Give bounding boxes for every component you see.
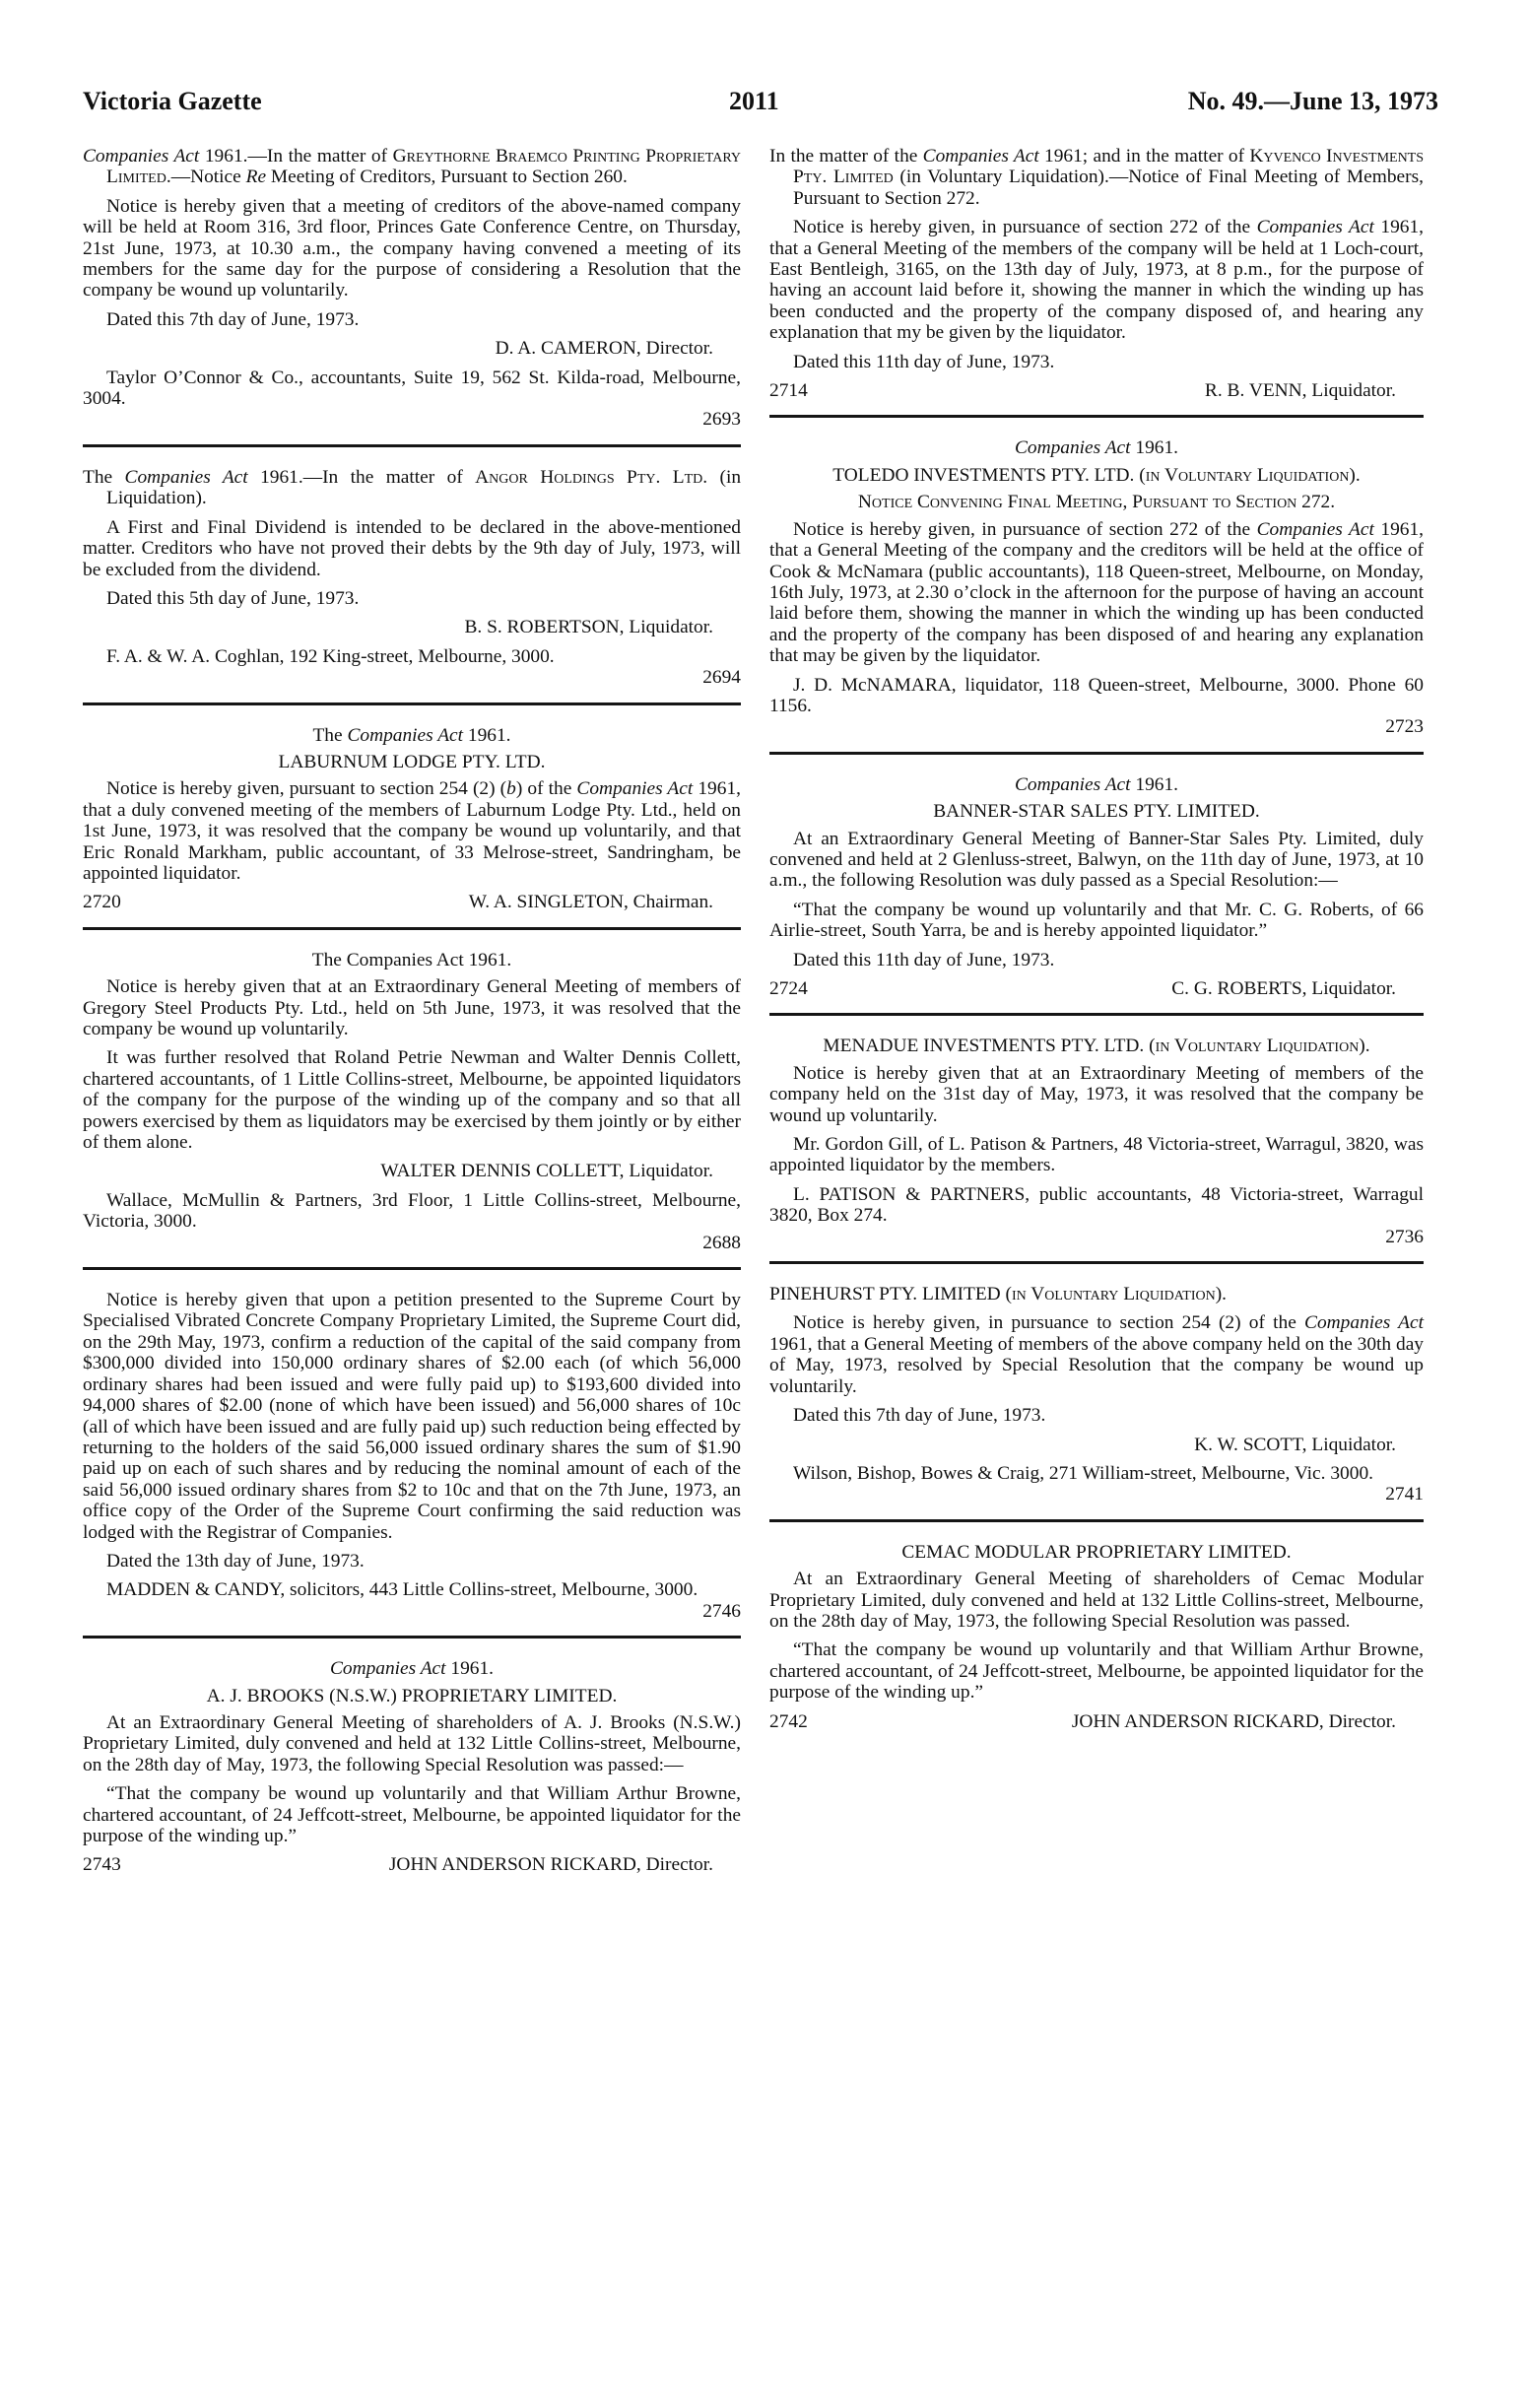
divider	[83, 1267, 741, 1270]
act-title: The Companies Act 1961.	[83, 950, 741, 970]
signatory: W. A. SINGLETON, Chairman.	[469, 892, 741, 912]
resolution: “That the company be wound up voluntaril…	[769, 1639, 1424, 1703]
signature-line: 2743 JOHN ANDERSON RICKARD, Director.	[83, 1854, 741, 1875]
notice-toledo: Companies Act 1961. TOLEDO INVESTMENTS P…	[769, 437, 1424, 737]
dated-line: Dated this 7th day of June, 1973.	[769, 1405, 1424, 1426]
act-title: Companies Act 1961.	[769, 437, 1424, 458]
notice-heading: Companies Act 1961.—In the matter of Gre…	[83, 146, 741, 188]
address: J. D. McNAMARA, liquidator, 118 Queen-st…	[769, 675, 1424, 717]
notice-brooks: Companies Act 1961. A. J. BROOKS (N.S.W.…	[83, 1658, 741, 1876]
notice-specialised-vibrated-concrete: Notice is hereby given that upon a petit…	[83, 1290, 741, 1622]
notice-gregory: The Companies Act 1961. Notice is hereby…	[83, 950, 741, 1253]
notice-menadue: MENADUE INVESTMENTS PTY. LTD. (in Volunt…	[769, 1036, 1424, 1247]
notice-banner-star: Companies Act 1961. BANNER-STAR SALES PT…	[769, 774, 1424, 1000]
notice-greythorne: Companies Act 1961.—In the matter of Gre…	[83, 146, 741, 431]
notice-heading: In the matter of the Companies Act 1961;…	[769, 146, 1424, 209]
notice-body: Notice is hereby given, in pursuance to …	[769, 1312, 1424, 1397]
dated-line: Dated this 5th day of June, 1973.	[83, 588, 741, 609]
address: MADDEN & CANDY, solicitors, 443 Little C…	[83, 1579, 741, 1600]
dated-line: Dated this 7th day of June, 1973.	[83, 309, 741, 330]
dated-line: Dated this 11th day of June, 1973.	[769, 352, 1424, 372]
signatory: R. B. VENN, Liquidator.	[1205, 380, 1424, 401]
resolution: “That the company be wound up voluntaril…	[769, 900, 1424, 942]
signatory: B. S. ROBERTSON, Liquidator.	[83, 617, 741, 637]
reference-number: 2742	[769, 1711, 808, 1732]
divider	[769, 1519, 1424, 1522]
issue-date: No. 49.—June 13, 1973	[1188, 87, 1438, 116]
company-name: TOLEDO INVESTMENTS PTY. LTD. (in Volunta…	[769, 465, 1424, 486]
company-name: PINEHURST PTY. LIMITED (in Voluntary Liq…	[769, 1284, 1424, 1304]
notice-body: It was further resolved that Roland Petr…	[83, 1047, 741, 1153]
address: L. PATISON & PARTNERS, public accountant…	[769, 1184, 1424, 1227]
address: Taylor O’Connor & Co., accountants, Suit…	[83, 368, 741, 410]
publication-title: Victoria Gazette	[83, 87, 262, 116]
address: Wallace, McMullin & Partners, 3rd Floor,…	[83, 1190, 741, 1233]
signatory: WALTER DENNIS COLLETT, Liquidator.	[83, 1161, 741, 1181]
signature-line: 2724 C. G. ROBERTS, Liquidator.	[769, 978, 1424, 999]
company-name: MENADUE INVESTMENTS PTY. LTD. (in Volunt…	[769, 1036, 1424, 1056]
notice-body: At an Extraordinary General Meeting of s…	[769, 1569, 1424, 1632]
reference-number: 2743	[83, 1854, 121, 1875]
notice-body: Notice is hereby given that at an Extrao…	[769, 1063, 1424, 1126]
company-name: A. J. BROOKS (N.S.W.) PROPRIETARY LIMITE…	[83, 1686, 741, 1706]
dated-line: Dated the 13th day of June, 1973.	[83, 1551, 741, 1572]
signatory: D. A. CAMERON, Director.	[83, 338, 741, 359]
signature-line: 2742 JOHN ANDERSON RICKARD, Director.	[769, 1711, 1424, 1732]
reference-number: 2714	[769, 380, 808, 401]
divider	[83, 444, 741, 447]
address: F. A. & W. A. Coghlan, 192 King-street, …	[83, 646, 741, 667]
notice-heading: The Companies Act 1961.—In the matter of…	[83, 467, 741, 509]
divider	[83, 702, 741, 705]
notice-laburnum: The Companies Act 1961. LABURNUM LODGE P…	[83, 725, 741, 913]
signature-line: 2720 W. A. SINGLETON, Chairman.	[83, 892, 741, 912]
resolution: “That the company be wound up voluntaril…	[83, 1783, 741, 1846]
reference-number: 2723	[769, 716, 1424, 737]
reference-number: 2736	[769, 1227, 1424, 1247]
page-header: Victoria Gazette 2011 No. 49.—June 13, 1…	[83, 87, 1438, 126]
notice-body: A First and Final Dividend is intended t…	[83, 517, 741, 580]
signatory: JOHN ANDERSON RICKARD, Director.	[389, 1854, 741, 1875]
company-name: BANNER-STAR SALES PTY. LIMITED.	[769, 801, 1424, 822]
notice-body: Notice is hereby given that upon a petit…	[83, 1290, 741, 1543]
company-name: Angor Holdings Pty. Ltd.	[475, 467, 707, 488]
reference-number: 2724	[769, 978, 808, 999]
reference-number: 2720	[83, 892, 121, 912]
notice-angor: The Companies Act 1961.—In the matter of…	[83, 467, 741, 689]
dated-line: Dated this 11th day of June, 1973.	[769, 950, 1424, 970]
notice-body: Notice is hereby given, in pursuance of …	[769, 519, 1424, 667]
notice-body: Notice is hereby given that a meeting of…	[83, 196, 741, 301]
signature-line: 2714 R. B. VENN, Liquidator.	[769, 380, 1424, 401]
address: Wilson, Bishop, Bowes & Craig, 271 Willi…	[769, 1463, 1424, 1484]
page-number: 2011	[729, 87, 779, 116]
signatory: K. W. SCOTT, Liquidator.	[769, 1435, 1424, 1455]
reference-number: 2741	[769, 1484, 1424, 1505]
signatory: JOHN ANDERSON RICKARD, Director.	[1072, 1711, 1424, 1732]
reference-number: 2688	[83, 1233, 741, 1253]
company-name: CEMAC MODULAR PROPRIETARY LIMITED.	[769, 1542, 1424, 1563]
reference-number: 2693	[83, 409, 741, 430]
notice-subheading: Notice Convening Final Meeting, Pursuant…	[769, 492, 1424, 512]
notice-cemac: CEMAC MODULAR PROPRIETARY LIMITED. At an…	[769, 1542, 1424, 1732]
divider	[83, 1636, 741, 1639]
right-column: In the matter of the Companies Act 1961;…	[769, 146, 1424, 1736]
signatory: C. G. ROBERTS, Liquidator.	[1171, 978, 1424, 999]
notice-body: At an Extraordinary General Meeting of B…	[769, 829, 1424, 892]
divider	[769, 752, 1424, 755]
notice-body: Notice is hereby given, in pursuance of …	[769, 217, 1424, 343]
reference-number: 2746	[83, 1601, 741, 1622]
notice-body: At an Extraordinary General Meeting of s…	[83, 1712, 741, 1775]
act-title: The Companies Act 1961.	[83, 725, 741, 746]
left-column: Companies Act 1961.—In the matter of Gre…	[83, 146, 741, 1880]
notice-pinehurst: PINEHURST PTY. LIMITED (in Voluntary Liq…	[769, 1284, 1424, 1505]
reference-number: 2694	[83, 667, 741, 688]
notice-body: Mr. Gordon Gill, of L. Patison & Partner…	[769, 1134, 1424, 1176]
act-title: Companies Act 1961.	[83, 1658, 741, 1679]
divider	[769, 1261, 1424, 1264]
divider	[83, 927, 741, 930]
notice-body: Notice is hereby given that at an Extrao…	[83, 976, 741, 1039]
company-name: LABURNUM LODGE PTY. LTD.	[83, 752, 741, 772]
divider	[769, 1013, 1424, 1016]
notice-body: Notice is hereby given, pursuant to sect…	[83, 778, 741, 884]
notice-kyvenco: In the matter of the Companies Act 1961;…	[769, 146, 1424, 401]
act-title: Companies Act 1961.	[769, 774, 1424, 795]
divider	[769, 415, 1424, 418]
